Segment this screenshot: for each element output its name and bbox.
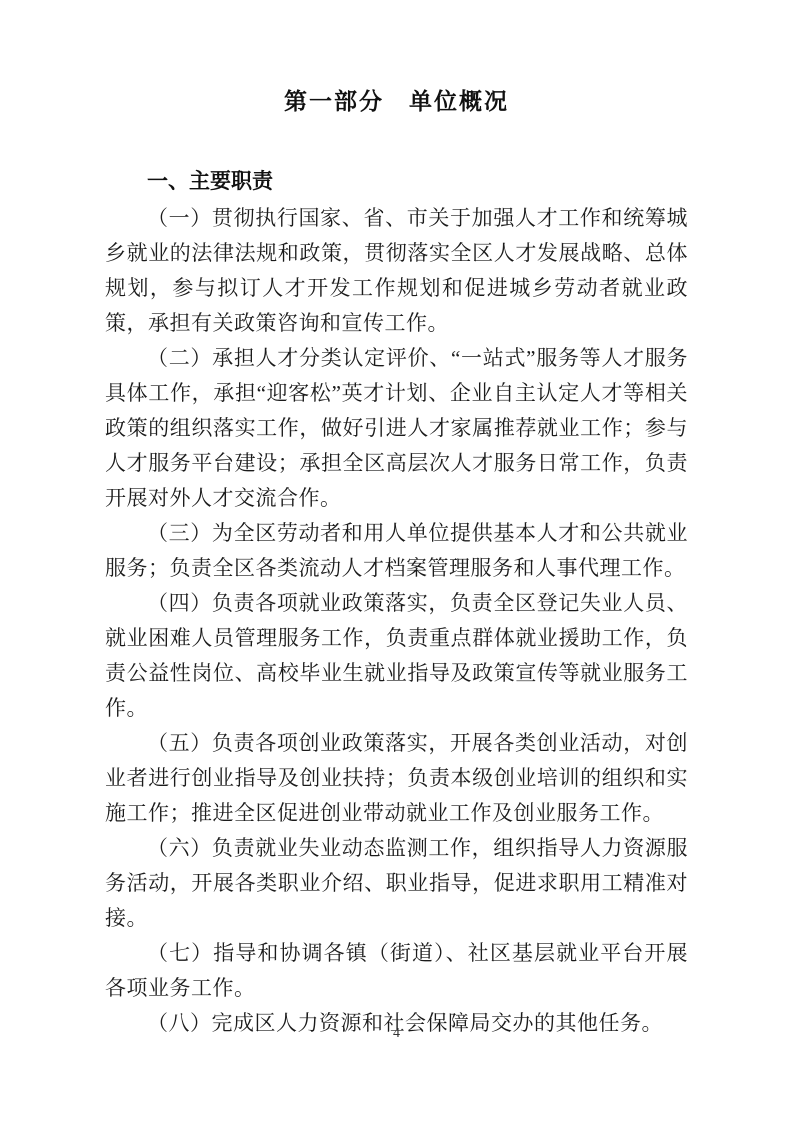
page-number: 4: [0, 1026, 793, 1042]
document-page: 第一部分 单位概况 一、主要职责 （一）贯彻执行国家、省、市关于加强人才工作和统…: [0, 0, 793, 1122]
document-body: （一）贯彻执行国家、省、市关于加强人才工作和统筹城乡就业的法律法规和政策，贯彻落…: [105, 201, 688, 1041]
paragraph-2: （二）承担人才分类认定评价、“一站式”服务等人才服务具体工作，承担“迎客松”英才…: [105, 341, 688, 516]
paragraph-5: （五）负责各项创业政策落实，开展各类创业活动，对创业者进行创业指导及创业扶持；负…: [105, 726, 688, 831]
section-heading: 一、主要职责: [105, 166, 688, 198]
page-title: 第一部分 单位概况: [105, 86, 688, 116]
paragraph-3: （三）为全区劳动者和用人单位提供基本人才和公共就业服务；负责全区各类流动人才档案…: [105, 516, 688, 586]
paragraph-7: （七）指导和协调各镇（街道）、社区基层就业平台开展各项业务工作。: [105, 936, 688, 1006]
paragraph-6: （六）负责就业失业动态监测工作，组织指导人力资源服务活动，开展各类职业介绍、职业…: [105, 831, 688, 936]
paragraph-4: （四）负责各项就业政策落实，负责全区登记失业人员、就业困难人员管理服务工作，负责…: [105, 586, 688, 726]
paragraph-1: （一）贯彻执行国家、省、市关于加强人才工作和统筹城乡就业的法律法规和政策，贯彻落…: [105, 201, 688, 341]
